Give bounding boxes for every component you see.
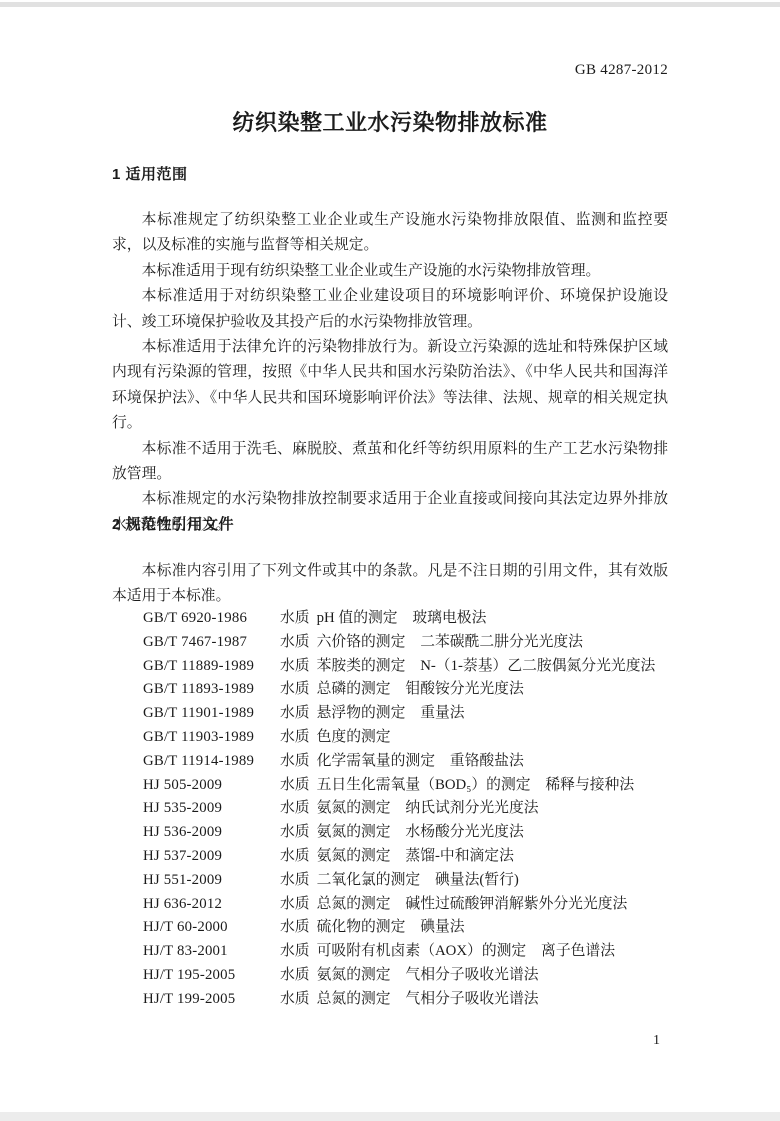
reference-code: HJ/T 60-2000 — [143, 916, 280, 940]
paragraph: 本标准适用于对纺织染整工业企业建设项目的环境影响评价、环境保护设施设计、竣工环境… — [112, 284, 668, 335]
reference-row: GB/T 11889-1989 水质 苯胺类的测定 N-（1-萘基）乙二胺偶氮分… — [143, 655, 668, 679]
reference-description: 五日生化需氧量（BOD₅）的测定 稀释与接种法 — [317, 774, 635, 798]
reference-row: HJ 505-2009 水质 五日生化需氧量（BOD₅）的测定 稀释与接种法 — [143, 774, 668, 798]
page-number: 1 — [112, 1032, 668, 1050]
section-1-body: 本标准规定了纺织染整工业企业或生产设施水污染物排放限值、监测和监控要求，以及标准… — [112, 208, 668, 538]
paragraph: 本标准适用于现有纺织染整工业企业或生产设施的水污染物排放管理。 — [112, 259, 668, 284]
reference-row: HJ/T 83-2001 水质 可吸附有机卤素（AOX）的测定 离子色谱法 — [143, 940, 668, 964]
reference-description: 总氮的测定 碱性过硫酸钾消解紫外分光光度法 — [317, 893, 628, 917]
reference-code: GB/T 11903-1989 — [143, 726, 280, 750]
reference-description: 苯胺类的测定 N-（1-萘基）乙二胺偶氮分光光度法 — [317, 655, 656, 679]
reference-description: 硫化物的测定 碘量法 — [317, 916, 465, 940]
reference-row: HJ 536-2009 水质 氨氮的测定 水杨酸分光光度法 — [143, 821, 668, 845]
reference-row: GB/T 11914-1989 水质 化学需氧量的测定 重铬酸盐法 — [143, 750, 668, 774]
reference-category: 水质 — [280, 869, 310, 893]
reference-description: 色度的测定 — [317, 726, 391, 750]
reference-category: 水质 — [280, 821, 310, 845]
reference-category: 水质 — [280, 607, 310, 631]
reference-code: HJ 636-2012 — [143, 893, 280, 917]
reference-code: HJ/T 199-2005 — [143, 988, 280, 1012]
reference-code: GB/T 11914-1989 — [143, 750, 280, 774]
paragraph: 本标准内容引用了下列文件或其中的条款。凡是不注日期的引用文件，其有效版本适用于本… — [112, 559, 668, 610]
reference-row: HJ/T 195-2005 水质 氨氮的测定 气相分子吸收光谱法 — [143, 964, 668, 988]
reference-row: HJ 636-2012 水质 总氮的测定 碱性过硫酸钾消解紫外分光光度法 — [143, 893, 668, 917]
reference-row: GB/T 11901-1989 水质 悬浮物的测定 重量法 — [143, 702, 668, 726]
reference-code: GB/T 11893-1989 — [143, 678, 280, 702]
reference-description: 氨氮的测定 气相分子吸收光谱法 — [317, 964, 539, 988]
reference-code: HJ 536-2009 — [143, 821, 280, 845]
reference-row: HJ 535-2009 水质 氨氮的测定 纳氏试剂分光光度法 — [143, 797, 668, 821]
reference-category: 水质 — [280, 845, 310, 869]
doc-code: GB 4287-2012 — [112, 61, 668, 79]
reference-category: 水质 — [280, 940, 310, 964]
document-page: GB 4287-2012 纺织染整工业水污染物排放标准 1 适用范围 本标准规定… — [0, 0, 780, 1121]
paragraph: 本标准适用于法律允许的污染物排放行为。新设立污染源的选址和特殊保护区域内现有污染… — [112, 335, 668, 437]
reference-description: 总氮的测定 气相分子吸收光谱法 — [317, 988, 539, 1012]
section-1-heading: 1 适用范围 — [112, 164, 668, 186]
reference-row: GB/T 7467-1987 水质 六价铬的测定 二苯碳酰二肼分光光度法 — [143, 631, 668, 655]
reference-category: 水质 — [280, 964, 310, 988]
reference-category: 水质 — [280, 726, 310, 750]
reference-category: 水质 — [280, 774, 310, 798]
reference-category: 水质 — [280, 678, 310, 702]
reference-row: GB/T 6920-1986 水质 pH 值的测定 玻璃电极法 — [143, 607, 668, 631]
reference-description: 六价铬的测定 二苯碳酰二肼分光光度法 — [317, 631, 583, 655]
reference-category: 水质 — [280, 702, 310, 726]
reference-category: 水质 — [280, 988, 310, 1012]
reference-code: GB/T 11901-1989 — [143, 702, 280, 726]
reference-row: GB/T 11903-1989 水质 色度的测定 — [143, 726, 668, 750]
page-title: 纺织染整工业水污染物排放标准 — [112, 108, 668, 138]
reference-row: HJ 551-2009 水质 二氧化氯的测定 碘量法(暂行) — [143, 869, 668, 893]
reference-category: 水质 — [280, 797, 310, 821]
reference-description: 化学需氧量的测定 重铬酸盐法 — [317, 750, 524, 774]
reference-row: HJ/T 199-2005 水质 总氮的测定 气相分子吸收光谱法 — [143, 988, 668, 1012]
reference-code: HJ 551-2009 — [143, 869, 280, 893]
reference-row: GB/T 11893-1989 水质 总磷的测定 钼酸铵分光光度法 — [143, 678, 668, 702]
reference-category: 水质 — [280, 916, 310, 940]
reference-code: HJ/T 195-2005 — [143, 964, 280, 988]
reference-description: 氨氮的测定 蒸馏-中和滴定法 — [317, 845, 514, 869]
reference-code: GB/T 6920-1986 — [143, 607, 280, 631]
reference-description: 悬浮物的测定 重量法 — [317, 702, 465, 726]
reference-description: 氨氮的测定 水杨酸分光光度法 — [317, 821, 524, 845]
reference-list: GB/T 6920-1986 水质 pH 值的测定 玻璃电极法 GB/T 746… — [112, 607, 668, 1012]
reference-description: 总磷的测定 钼酸铵分光光度法 — [317, 678, 524, 702]
reference-code: HJ/T 83-2001 — [143, 940, 280, 964]
reference-description: 二氧化氯的测定 碘量法(暂行) — [317, 869, 519, 893]
reference-category: 水质 — [280, 655, 310, 679]
paragraph: 本标准规定了纺织染整工业企业或生产设施水污染物排放限值、监测和监控要求，以及标准… — [112, 208, 668, 259]
reference-code: HJ 535-2009 — [143, 797, 280, 821]
reference-description: 氨氮的测定 纳氏试剂分光光度法 — [317, 797, 539, 821]
section-2-heading: 2 规范性引用文件 — [112, 514, 668, 536]
reference-code: GB/T 7467-1987 — [143, 631, 280, 655]
reference-description: pH 值的测定 玻璃电极法 — [317, 607, 487, 631]
section-2-intro: 本标准内容引用了下列文件或其中的条款。凡是不注日期的引用文件，其有效版本适用于本… — [112, 559, 668, 610]
reference-category: 水质 — [280, 750, 310, 774]
reference-category: 水质 — [280, 631, 310, 655]
reference-row: HJ/T 60-2000 水质 硫化物的测定 碘量法 — [143, 916, 668, 940]
reference-row: HJ 537-2009 水质 氨氮的测定 蒸馏-中和滴定法 — [143, 845, 668, 869]
reference-code: HJ 505-2009 — [143, 774, 280, 798]
reference-code: GB/T 11889-1989 — [143, 655, 280, 679]
reference-description: 可吸附有机卤素（AOX）的测定 离子色谱法 — [317, 940, 615, 964]
page-content: GB 4287-2012 纺织染整工业水污染物排放标准 1 适用范围 本标准规定… — [112, 0, 668, 1121]
reference-category: 水质 — [280, 893, 310, 917]
reference-code: HJ 537-2009 — [143, 845, 280, 869]
paragraph: 本标准不适用于洗毛、麻脱胶、煮茧和化纤等纺织用原料的生产工艺水污染物排放管理。 — [112, 437, 668, 488]
